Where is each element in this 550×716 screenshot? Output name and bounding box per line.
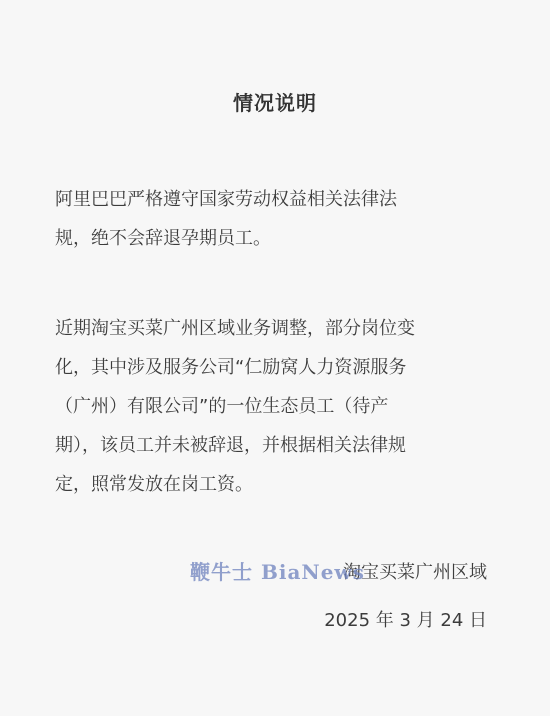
statement-document: 情况说明 阿里巴巴严格遵守国家劳动权益相关法律法 规，绝不会辞退孕期员工。 近期… [0,0,550,716]
paragraph-1: 阿里巴巴严格遵守国家劳动权益相关法律法 规，绝不会辞退孕期员工。 [55,180,495,258]
paragraph-line: （广州）有限公司”的一位生态员工（待产 [55,387,495,426]
document-date: 2025 年 3 月 24 日 [324,606,487,636]
paragraph-line: 近期淘宝买菜广州区域业务调整，部分岗位变 [55,309,495,348]
paragraph-line: 化，其中涉及服务公司“仁励窝人力资源服务 [55,348,495,387]
document-title: 情况说明 [0,88,550,118]
paragraph-line: 期），该员工并未被辞退，并根据相关法律规 [55,426,495,465]
paragraph-2: 近期淘宝买菜广州区域业务调整，部分岗位变 化，其中涉及服务公司“仁励窝人力资源服… [55,309,495,504]
paragraph-line: 定，照常发放在岗工资。 [55,465,495,504]
watermark-logo: 鞭牛士 BiaNews [190,556,365,588]
paragraph-line: 阿里巴巴严格遵守国家劳动权益相关法律法 [55,180,495,219]
paragraph-line: 规，绝不会辞退孕期员工。 [55,219,495,258]
